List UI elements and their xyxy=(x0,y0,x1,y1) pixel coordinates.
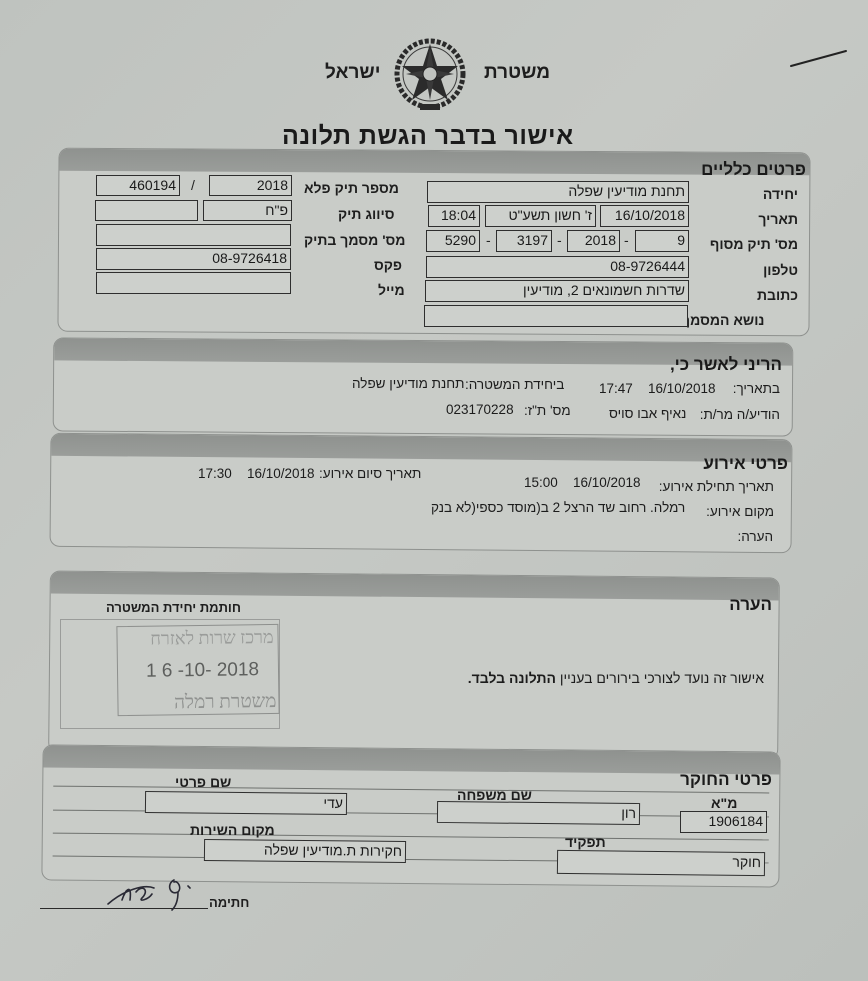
field-final-case-part2[interactable]: 2018 xyxy=(567,230,620,252)
event-end-label: תאריך סיום אירוע: xyxy=(319,466,421,481)
police-emblem-icon xyxy=(390,34,470,114)
field-doc-no-in-case[interactable] xyxy=(96,224,291,246)
field-role[interactable]: חוקר xyxy=(557,850,765,876)
signature-icon[interactable] xyxy=(104,870,204,912)
field-last-name[interactable]: רון xyxy=(437,801,640,825)
field-pla-case-year[interactable]: 2018 xyxy=(209,175,292,196)
event-end-time: 17:30 xyxy=(198,466,232,481)
page-title: אישור בדבר הגשת תלונה xyxy=(282,122,574,151)
event-note-label: הערה: xyxy=(737,529,773,544)
dash: - xyxy=(486,232,491,248)
label-role: תפקיד xyxy=(565,834,606,850)
certify-unit-label: ביחידת המשטרה: xyxy=(465,377,564,392)
field-unit[interactable]: תחנת מודיעין שפלה xyxy=(427,181,689,203)
label-unit: יחידה xyxy=(763,186,798,202)
field-first-name[interactable]: עדי xyxy=(145,791,347,815)
section-title-certify: הריני לאשר כי, xyxy=(670,355,782,375)
label-fax: פקס xyxy=(374,257,402,273)
pen-mark xyxy=(788,48,848,70)
event-end-date: 16/10/2018 xyxy=(247,466,315,481)
police-unit-stamp-area: מרכז שרות לאזרח 1 6 -10- 2018 משטרת רמלה xyxy=(60,619,280,729)
certify-date: 16/10/2018 xyxy=(648,381,716,396)
section-title-remark: הערה xyxy=(729,595,772,615)
label-first-name: שם פרטי xyxy=(175,774,231,790)
section-title-general: פרטים כלליים xyxy=(701,160,806,180)
stamp-line1: מרכז שרות לאזרח xyxy=(150,627,274,650)
label-email: מייל xyxy=(378,282,405,298)
stamp-label: חותמת יחידת המשטרה xyxy=(106,600,241,615)
stamp-date: 1 6 -10- 2018 xyxy=(146,659,259,683)
field-final-case-part3[interactable]: 3197 xyxy=(496,230,552,252)
section-title-event: פרטי אירוע xyxy=(703,454,788,474)
label-pla-case-no: מספר תיק פלא xyxy=(304,180,399,196)
field-service-place[interactable]: חקירות ת.מודיעין שפלה xyxy=(204,839,406,863)
certify-informant: נאיף אבו סויס xyxy=(609,406,686,421)
dash: - xyxy=(624,232,629,248)
label-phone: טלפון xyxy=(763,262,798,278)
event-location: רמלה. רחוב שד הרצל 2 ב(מוסד כספי(לא בנק xyxy=(431,500,685,515)
org-name-police: משטרת xyxy=(484,62,550,84)
field-final-case-part4[interactable]: 5290 xyxy=(426,230,480,252)
field-pla-case-number[interactable]: 460194 xyxy=(96,175,180,196)
field-case-class-extra[interactable] xyxy=(95,200,198,221)
certify-informant-label: הודיע/ה מר/ת: xyxy=(700,407,780,422)
field-case-class[interactable]: פ"ח xyxy=(203,200,292,221)
field-email[interactable] xyxy=(96,272,291,294)
event-start-time: 15:00 xyxy=(524,475,558,490)
org-name-israel: ישראל xyxy=(325,62,380,84)
field-hebrew-date[interactable]: ז' חשון תשע"ט xyxy=(485,205,596,227)
label-doc-no-in-case: מס' מסמך בתיק xyxy=(304,232,405,248)
event-start-date: 16/10/2018 xyxy=(573,475,641,490)
field-doc-subject[interactable] xyxy=(424,305,688,327)
slash: / xyxy=(191,177,195,193)
label-date: תאריך xyxy=(758,211,798,227)
field-badge[interactable]: 1906184 xyxy=(680,811,767,833)
event-start-label: תאריך תחילת אירוע: xyxy=(659,479,774,494)
stamp-line3: משטרת רמלה xyxy=(174,691,277,714)
certify-id-label: מס' ת"ז: xyxy=(524,403,571,418)
label-final-case-no: מס' תיק מסוף xyxy=(710,236,798,252)
remark-text-bold: התלונה בלבד. xyxy=(468,670,556,686)
label-case-class: סיווג תיק xyxy=(338,206,394,222)
label-address: כתובת xyxy=(757,287,798,303)
field-time[interactable]: 18:04 xyxy=(428,205,480,227)
section-title-investigator: פרטי החוקר xyxy=(680,770,772,790)
field-final-case-part1[interactable]: 9 xyxy=(635,230,689,252)
label-service-place: מקום השירות xyxy=(190,822,275,838)
label-doc-subject: נושא המסמך xyxy=(682,312,764,328)
dash: - xyxy=(557,232,562,248)
field-address[interactable]: שדרות חשמונאים 2, מודיעין xyxy=(425,280,689,302)
field-fax[interactable]: 08-9726418 xyxy=(96,248,291,270)
signature-label: חתימה xyxy=(209,895,249,910)
field-phone[interactable]: 08-9726444 xyxy=(426,256,689,278)
field-date[interactable]: 16/10/2018 xyxy=(600,205,689,227)
certify-unit: תחנת מודיעין שפלה xyxy=(352,376,464,391)
certify-date-label: בתאריך: xyxy=(733,381,780,396)
certify-time: 17:47 xyxy=(599,381,633,396)
event-location-label: מקום אירוע: xyxy=(706,504,774,519)
stamp: מרכז שרות לאזרח 1 6 -10- 2018 משטרת רמלה xyxy=(116,624,279,716)
remark-text: אישור זה נועד לצורכי בירורים בעניין התלו… xyxy=(468,670,764,686)
certify-id: 023170228 xyxy=(446,402,514,417)
label-badge: מ"א xyxy=(711,795,737,811)
remark-text-normal: אישור זה נועד לצורכי בירורים בעניין xyxy=(556,670,764,686)
